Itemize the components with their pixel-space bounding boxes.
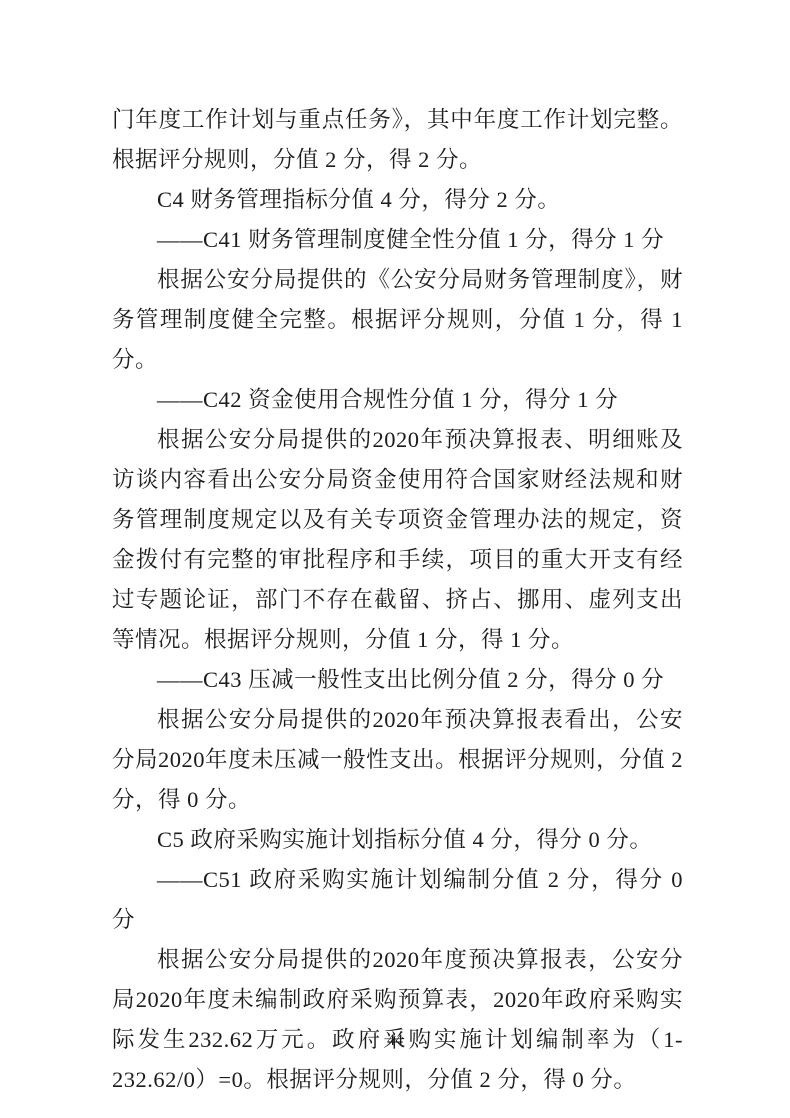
page-footer: 44 bbox=[0, 1030, 790, 1052]
para-c41-item: ——C41 财务管理制度健全性分值 1 分，得分 1 分 bbox=[112, 220, 683, 260]
para-c4-heading: C4 财务管理指标分值 4 分，得分 2 分。 bbox=[112, 180, 683, 220]
para-c41-detail: 根据公安分局提供的《公安分局财务管理制度》，财务管理制度健全完整。根据评分规则，… bbox=[112, 260, 683, 380]
para-continuation: 门年度工作计划与重点任务》，其中年度工作计划完整。根据评分规则，分值 2 分，得… bbox=[112, 100, 683, 180]
document-body: 门年度工作计划与重点任务》，其中年度工作计划完整。根据评分规则，分值 2 分，得… bbox=[112, 100, 683, 1100]
para-c43-item: ——C43 压减一般性支出比例分值 2 分，得分 0 分 bbox=[112, 660, 683, 700]
document-page: 门年度工作计划与重点任务》，其中年度工作计划完整。根据评分规则，分值 2 分，得… bbox=[0, 0, 790, 1118]
para-c51-detail: 根据公安分局提供的2020年度预决算报表，公安分局2020年度未编制政府采购预算… bbox=[112, 940, 683, 1100]
para-c43-detail: 根据公安分局提供的2020年预决算报表看出，公安分局2020年度未压减一般性支出… bbox=[112, 700, 683, 820]
para-c42-detail: 根据公安分局提供的2020年预决算报表、明细账及访谈内容看出公安分局资金使用符合… bbox=[112, 420, 683, 660]
para-c51-item: ——C51 政府采购实施计划编制分值 2 分，得分 0 分 bbox=[112, 860, 683, 940]
page-number: 44 bbox=[387, 1032, 403, 1049]
para-c42-item: ——C42 资金使用合规性分值 1 分，得分 1 分 bbox=[112, 380, 683, 420]
para-c5-heading: C5 政府采购实施计划指标分值 4 分，得分 0 分。 bbox=[112, 820, 683, 860]
